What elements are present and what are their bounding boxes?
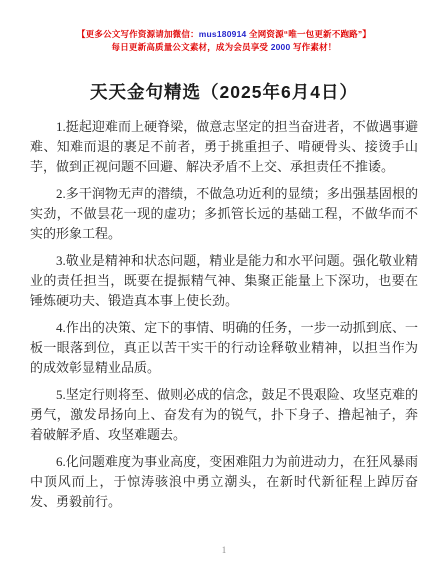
page-title: 天天金句精选（2025年6月4日） [30, 79, 418, 104]
promo-line2-suffix: 写作素材！ [290, 42, 336, 52]
document-page: 【更多公文写作资源请加微信：mus180914 全网资源“唯一包更新不跑路”】 … [0, 0, 448, 580]
paragraph-5: 5.坚定行则将至、做则必成的信念，鼓足不畏艰险、攻坚克难的勇气，激发昂扬向上、奋… [30, 385, 418, 445]
wechat-id: mus180914 [199, 29, 247, 39]
promo-line-1: 【更多公文写作资源请加微信：mus180914 全网资源“唯一包更新不跑路”】 [30, 28, 418, 41]
promo-line-2: 每日更新高质量公文素材，成为会员享受 2000 写作素材！ [30, 41, 418, 54]
promo-banner: 【更多公文写作资源请加微信：mus180914 全网资源“唯一包更新不跑路”】 … [30, 28, 418, 54]
promo-line1-prefix: 【更多公文写作资源请加微信： [77, 29, 199, 39]
paragraph-4: 4.作出的决策、定下的事情、明确的任务，一步一动抓到底、一板一眼落到位，真正以苦… [30, 318, 418, 378]
paragraph-1: 1.挺起迎难而上硬脊梁，做意志坚定的担当奋进者，不做遇事避难、知难而退的裹足不前… [30, 117, 418, 177]
promo-line2-prefix: 每日更新高质量公文素材，成为会员享受 [112, 42, 271, 52]
paragraph-2: 2.多干润物无声的潜绩，不做急功近利的显绩；多出强基固根的实劲，不做昙花一现的虚… [30, 184, 418, 244]
document-body: 1.挺起迎难而上硬脊梁，做意志坚定的担当奋进者，不做遇事避难、知难而退的裹足不前… [30, 117, 418, 512]
promo-line1-suffix: 全网资源“唯一包更新不跑路”】 [246, 29, 371, 39]
paragraph-3: 3.敬业是精神和状态问题，精业是能力和水平问题。强化敬业精业的责任担当，既要在提… [30, 251, 418, 311]
material-count: 2000 [271, 42, 291, 52]
page-footer: 1 [0, 540, 448, 558]
page-number: 1 [222, 545, 227, 555]
paragraph-6: 6.化问题难度为事业高度，变困难阻力为前进动力，在狂风暴雨中顶风而上，于惊涛骇浪… [30, 452, 418, 512]
